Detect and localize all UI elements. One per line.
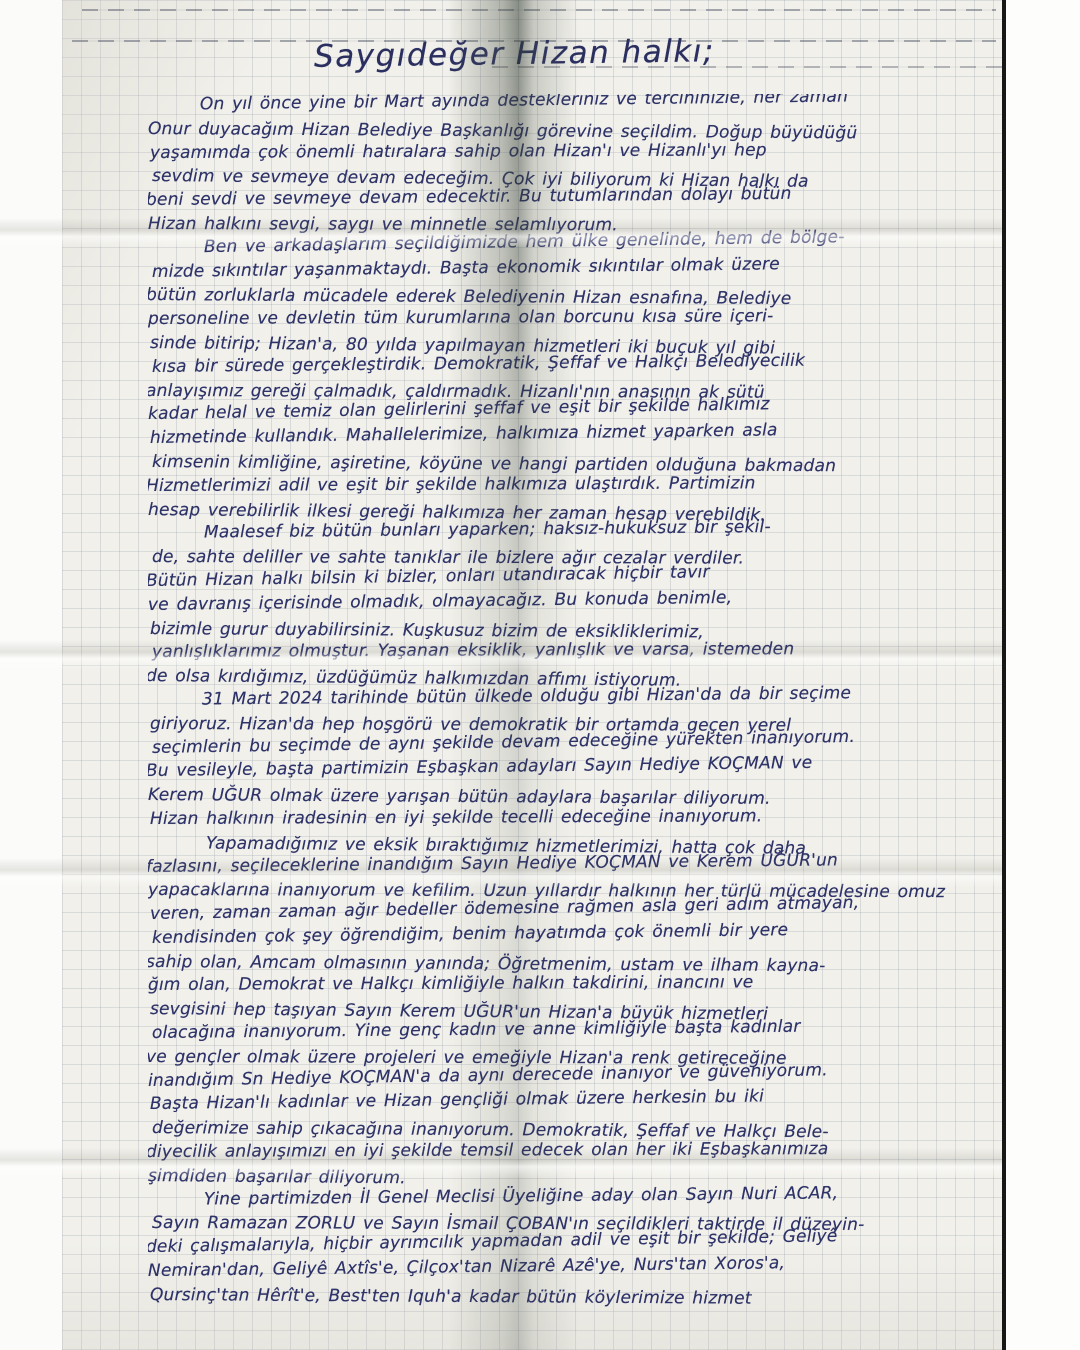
letter-line: Hizmetlerimizi adil ve eşit bir şekilde … [148,471,1063,499]
ruled-line [82,9,996,11]
letter-paragraph: On yıl önce yine bir Mart ayında destekl… [148,94,1065,237]
letter-paragraph: Yapamadığımız ve eksik bıraktığımız hizm… [148,832,1065,1189]
letter-salutation: Saygıdeğer Hizan halkı; [314,33,715,75]
letter-line: On yıl önce yine bir Mart ayında destekl… [148,94,1063,118]
letter-line: yaşamımda çok önemli hatıralara sahip ol… [150,138,1065,166]
letter-line: Qursinç'tan Hêrît'e, Best'ten Iquh'a kad… [150,1284,1065,1308]
letter-paragraph: Ben ve arkadaşlarım seçildiğimizde hem ü… [148,237,1065,523]
letter-line: yanlışlıklarımız olmuştur. Yaşanan eksik… [152,637,1065,665]
letter-line: Hizan halkının iradesinin en iyi şekilde… [150,804,1065,832]
letter-line: diyecilik anlayışımızı en iyi şekilde te… [148,1137,1063,1165]
page-right-edge [1002,0,1006,1350]
letter-paragraph: 31 Mart 2024 tarihinde bütün ülkede oldu… [148,689,1065,832]
photo-background [1006,0,1080,1350]
letter-line: ğım olan, Demokrat ve Halkçı kimliğiyle … [148,970,1065,998]
photographed-letter-page: Saygıdeğer Hizan halkı; On yıl önce yine… [0,0,1080,1350]
letter-line: personeline ve devletin tüm kurumlarına … [148,304,1065,332]
squared-paper: Saygıdeğer Hizan halkı; On yıl önce yine… [62,0,1006,1350]
letter-paragraph: Yine partimizden İl Genel Meclisi Üyeliğ… [148,1189,1065,1308]
letter-paragraph: Maalesef biz bütün bunları yaparken; hak… [148,522,1065,689]
letter-body: On yıl önce yine bir Mart ayında destekl… [148,94,1065,1308]
